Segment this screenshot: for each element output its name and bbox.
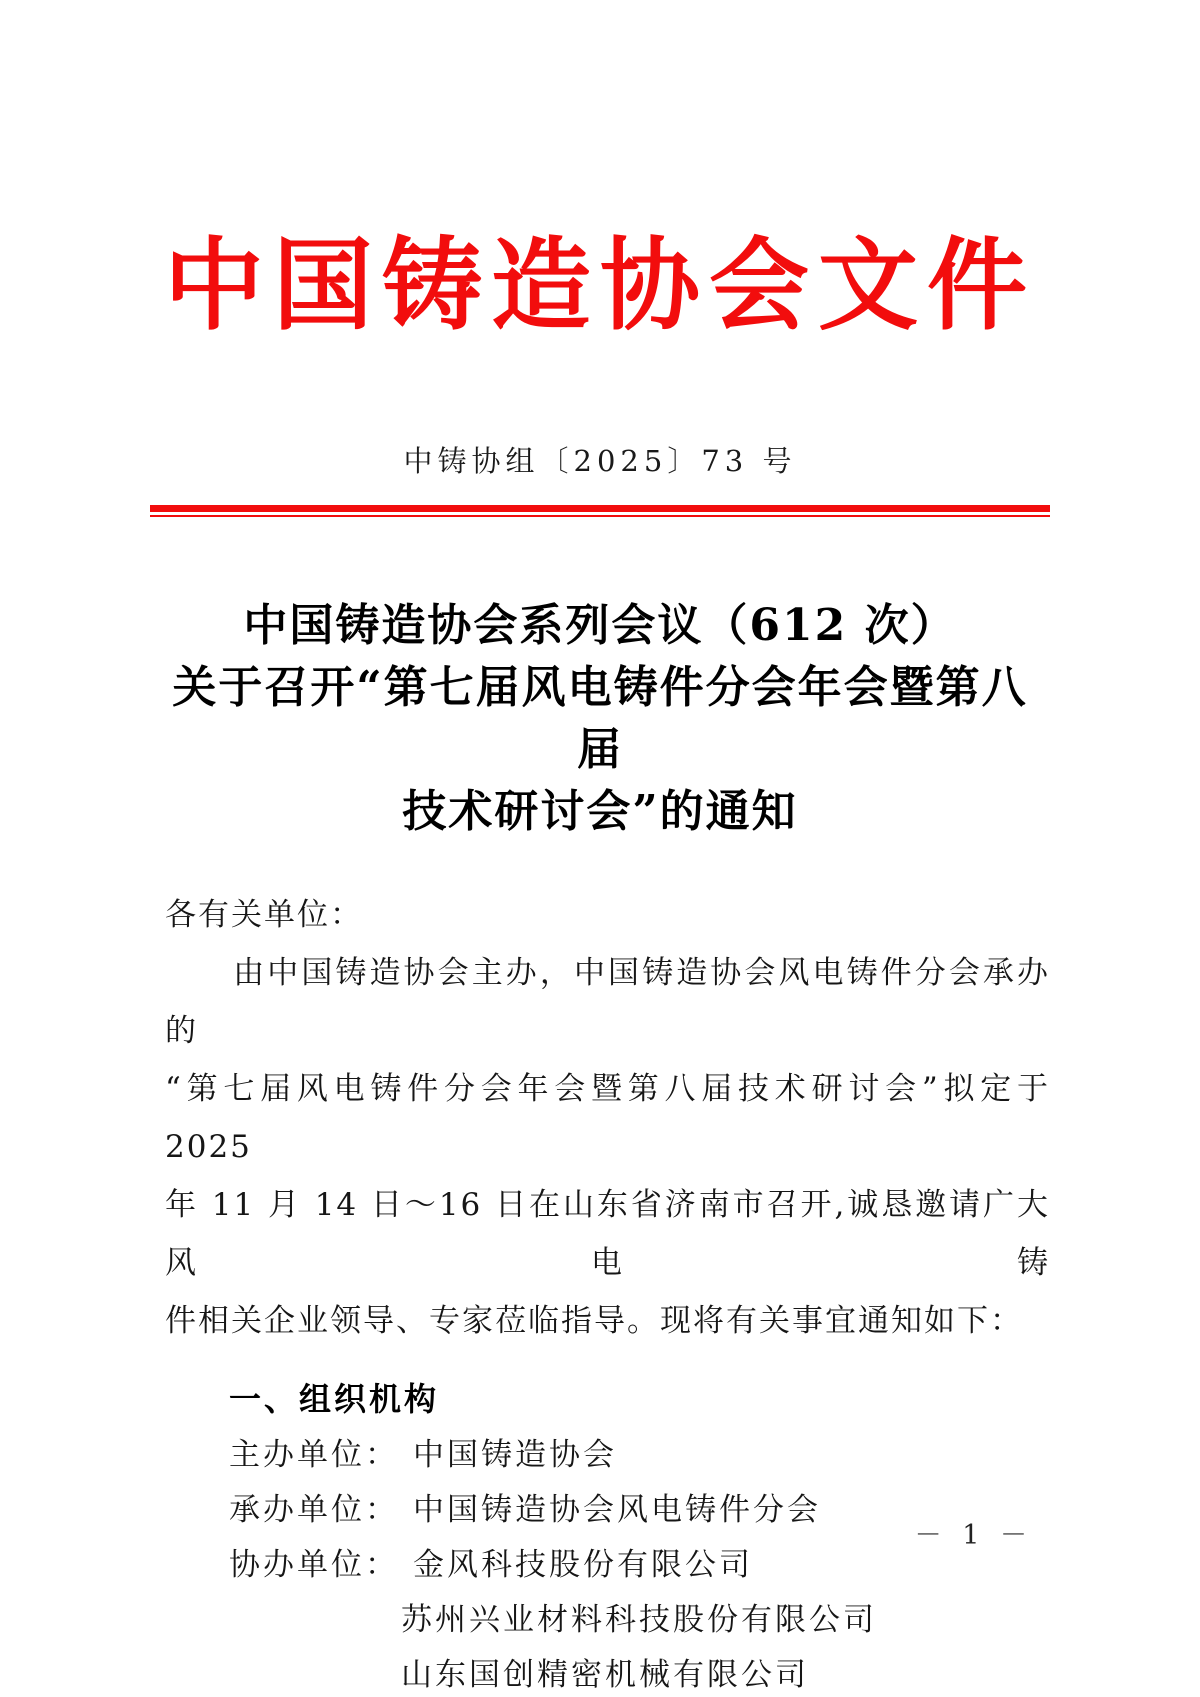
organizer-row-host: 主办单位：中国铸造协会 xyxy=(229,1428,1050,1483)
organizer-label: 承办单位： xyxy=(229,1492,399,1528)
organizer-value: 金风科技股份有限公司 xyxy=(413,1547,753,1583)
organizer-label: 协办单位： xyxy=(229,1547,399,1583)
notice-body: 各有关单位： 由中国铸造协会主办，中国铸造协会风电铸件分会承办的 “第七届风电铸… xyxy=(165,886,1050,1697)
organizer-list: 主办单位：中国铸造协会 承办单位：中国铸造协会风电铸件分会 协办单位：金风科技股… xyxy=(229,1428,1050,1697)
salutation: 各有关单位： xyxy=(165,886,1050,944)
notice-title-line-2: 关于召开“第七届风电铸件分会年会暨第八届 xyxy=(150,657,1050,781)
co-organizer-extra-line: 苏州兴业材料科技股份有限公司 xyxy=(401,1593,1050,1648)
document-reference-number: 中铸协组〔2025〕73 号 xyxy=(150,447,1050,476)
notice-title: 中国铸造协会系列会议（612 次） 关于召开“第七届风电铸件分会年会暨第八届 技… xyxy=(150,595,1050,843)
document-content: 中国铸造协会文件 中铸协组〔2025〕73 号 中国铸造协会系列会议（612 次… xyxy=(150,0,1050,1697)
letterhead-divider xyxy=(150,505,1050,517)
organizer-value: 中国铸造协会 xyxy=(413,1437,617,1473)
paragraph-line: 件相关企业领导、专家莅临指导。现将有关事宜通知如下： xyxy=(165,1292,1050,1350)
intro-paragraph: 由中国铸造协会主办，中国铸造协会风电铸件分会承办的 “第七届风电铸件分会年会暨第… xyxy=(165,944,1050,1350)
co-organizer-extra-line: 山东国创精密机械有限公司 xyxy=(401,1648,1050,1697)
letterhead-title: 中国铸造协会文件 xyxy=(150,0,1050,335)
organizer-value: 中国铸造协会风电铸件分会 xyxy=(413,1492,821,1528)
page-number: － 1 － xyxy=(915,1522,1033,1549)
notice-title-line-1: 中国铸造协会系列会议（612 次） xyxy=(150,595,1050,657)
paragraph-line: 年 11 月 14 日～16 日在山东省济南市召开,诚恳邀请广大风电铸 xyxy=(165,1176,1050,1292)
section-heading-organization: 一、组织机构 xyxy=(229,1370,1050,1428)
document-page: 中国铸造协会文件 中铸协组〔2025〕73 号 中国铸造协会系列会议（612 次… xyxy=(0,0,1200,1697)
organizer-label: 主办单位： xyxy=(229,1437,399,1473)
paragraph-line: “第七届风电铸件分会年会暨第八届技术研讨会”拟定于 2025 xyxy=(165,1060,1050,1176)
notice-title-line-3: 技术研讨会”的通知 xyxy=(150,781,1050,843)
paragraph-line: 由中国铸造协会主办，中国铸造协会风电铸件分会承办的 xyxy=(165,944,1050,1060)
